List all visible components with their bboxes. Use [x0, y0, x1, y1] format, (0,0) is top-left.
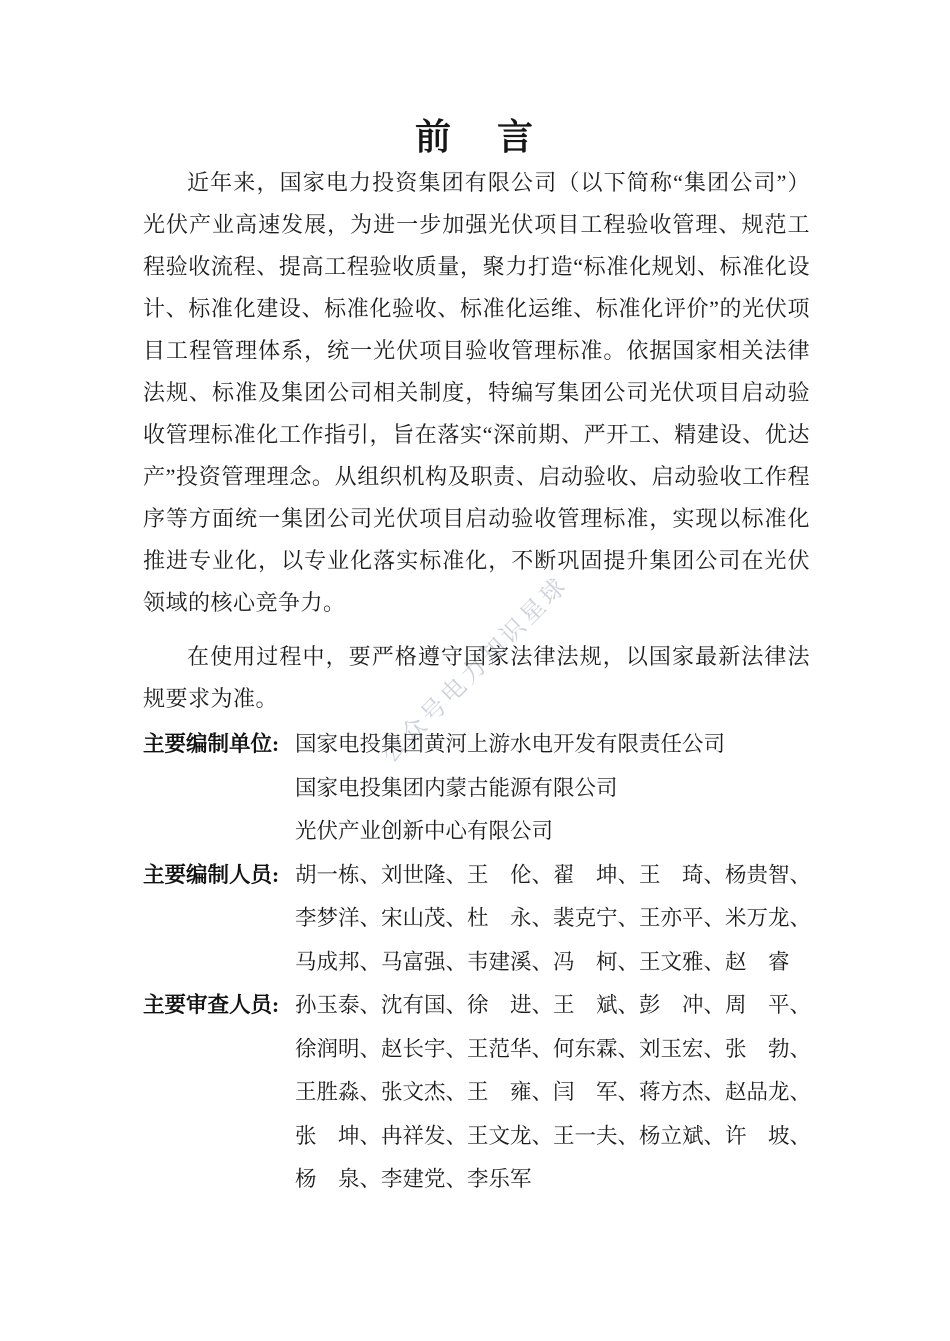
compilation-personnel-label: 主要编制人员: — [143, 854, 295, 985]
page-content: 前 言 近年来，国家电力投资集团有限公司（以下简称“集团公司”）光伏产业高速发展… — [143, 0, 810, 1202]
compilation-personnel-lines: 胡一栋、刘世隆、王 伦、翟 坤、王 琦、杨贵智、 李梦洋、宋山茂、杜 永、裴克宁… — [295, 854, 810, 985]
section-review-personnel: 主要审查人员: 孙玉泰、沈有国、徐 进、王 斌、彭 冲、周 平、 徐润明、赵长宇… — [143, 984, 810, 1202]
page-title: 前 言 — [143, 112, 810, 162]
review-personnel-label: 主要审查人员: — [143, 984, 295, 1202]
personnel-line: 李梦洋、宋山茂、杜 永、裴克宁、王亦平、米万龙、 — [295, 897, 810, 941]
personnel-line: 马成邦、马富强、韦建溪、冯 柯、王文雅、赵 睿 — [295, 941, 810, 985]
review-personnel-lines: 孙玉泰、沈有国、徐 进、王 斌、彭 冲、周 平、 徐润明、赵长宇、王范华、何东霖… — [295, 984, 810, 1202]
unit-line: 国家电投集团黄河上游水电开发有限责任公司 — [295, 723, 810, 767]
section-compilation-personnel: 主要编制人员: 胡一栋、刘世隆、王 伦、翟 坤、王 琦、杨贵智、 李梦洋、宋山茂… — [143, 854, 810, 985]
compilation-units-label: 主要编制单位: — [143, 723, 295, 854]
personnel-line: 徐润明、赵长宇、王范华、何东霖、刘玉宏、张 勃、 — [295, 1028, 810, 1072]
preface-paragraph-1: 近年来，国家电力投资集团有限公司（以下简称“集团公司”）光伏产业高速发展，为进一… — [143, 162, 810, 624]
section-compilation-units: 主要编制单位: 国家电投集团黄河上游水电开发有限责任公司 国家电投集团内蒙古能源… — [143, 723, 810, 854]
personnel-line: 王胜淼、张文杰、王 雍、闫 军、蒋方杰、赵品龙、 — [295, 1071, 810, 1115]
preface-paragraph-2: 在使用过程中，要严格遵守国家法律法规，以国家最新法律法规要求为准。 — [143, 636, 810, 720]
compilation-units-lines: 国家电投集团黄河上游水电开发有限责任公司 国家电投集团内蒙古能源有限公司 光伏产… — [295, 723, 810, 854]
document-page: 公众号电力知识星球 前 言 近年来，国家电力投资集团有限公司（以下简称“集团公司… — [0, 0, 950, 1341]
unit-line: 国家电投集团内蒙古能源有限公司 — [295, 767, 810, 811]
personnel-line: 孙玉泰、沈有国、徐 进、王 斌、彭 冲、周 平、 — [295, 984, 810, 1028]
unit-line: 光伏产业创新中心有限公司 — [295, 810, 810, 854]
credits-block: 主要编制单位: 国家电投集团黄河上游水电开发有限责任公司 国家电投集团内蒙古能源… — [143, 723, 810, 1202]
personnel-line: 杨 泉、李建党、李乐军 — [295, 1158, 810, 1202]
personnel-line: 胡一栋、刘世隆、王 伦、翟 坤、王 琦、杨贵智、 — [295, 854, 810, 898]
personnel-line: 张 坤、冉祥发、王文龙、王一夫、杨立斌、许 坡、 — [295, 1115, 810, 1159]
